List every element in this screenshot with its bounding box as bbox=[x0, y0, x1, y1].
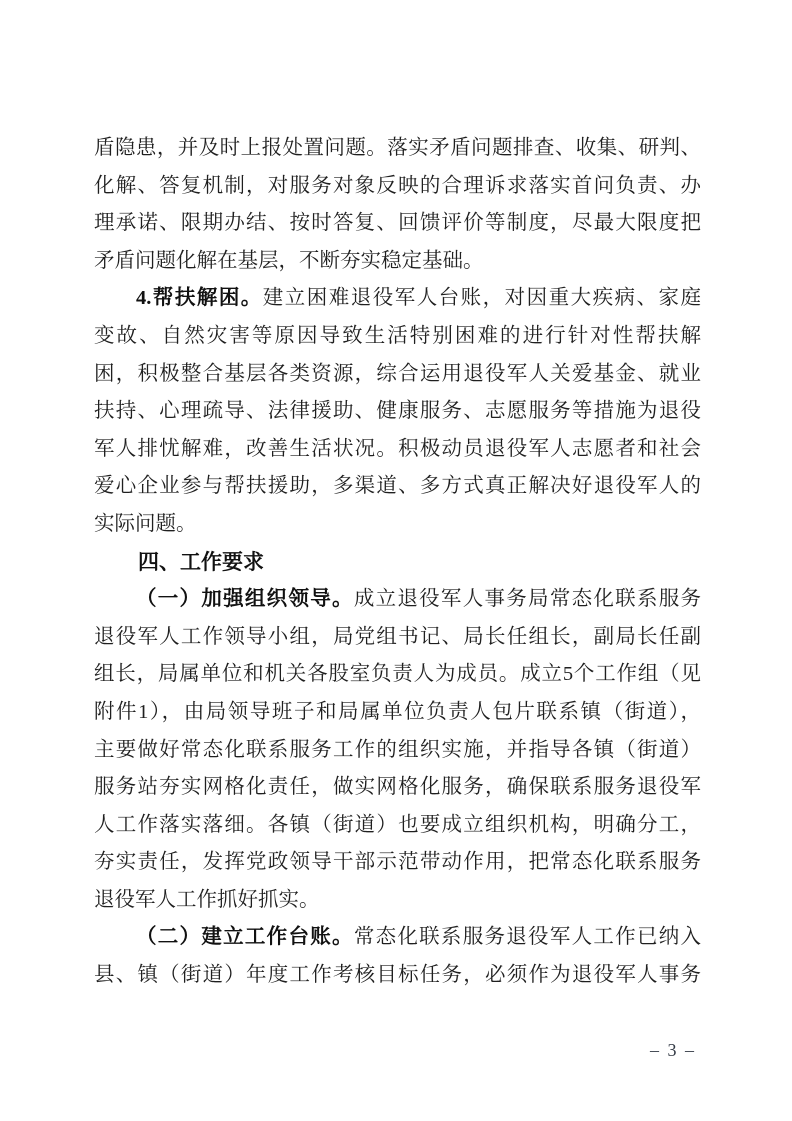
section-heading: 四、工作要求 bbox=[94, 544, 701, 582]
document-line: 矛盾问题化解在基层，不断夯实稳定基础。 bbox=[94, 243, 701, 281]
document-line: 退役军人工作领导小组，局党组书记、局长任组长，副局长任副 bbox=[94, 619, 701, 657]
paragraph-lead-bold: （一）加强组织领导。 bbox=[136, 588, 354, 610]
document-page: 盾隐患，并及时上报处置问题。落实矛盾问题排查、收集、研判、 化解、答复机制，对服… bbox=[0, 0, 792, 1121]
document-line: 人工作落实落细。各镇（街道）也要成立组织机构，明确分工， bbox=[94, 807, 701, 845]
document-line: 军人排忧解难，改善生活状况。积极动员退役军人志愿者和社会 bbox=[94, 431, 701, 469]
document-line: 附件1），由局领导班子和局属单位负责人包片联系镇（街道）， bbox=[94, 694, 701, 732]
document-line: 困，积极整合基层各类资源，综合运用退役军人关爱基金、就业 bbox=[94, 356, 701, 394]
document-line: 盾隐患，并及时上报处置问题。落实矛盾问题排查、收集、研判、 bbox=[94, 130, 701, 168]
paragraph-first-line: （一）加强组织领导。成立退役军人事务局常态化联系服务 bbox=[94, 581, 701, 619]
document-line: 县、镇（街道）年度工作考核目标任务，必须作为退役军人事务 bbox=[94, 957, 701, 995]
page-number: – 3 – bbox=[650, 1038, 696, 1062]
document-line: 爱心企业参与帮扶援助，多渠道、多方式真正解决好退役军人的 bbox=[94, 468, 701, 506]
document-line: 退役军人工作抓好抓实。 bbox=[94, 882, 701, 920]
paragraph-first-line: （二）建立工作台账。常态化联系服务退役军人工作已纳入 bbox=[94, 919, 701, 957]
document-line: 服务站夯实网格化责任，做实网格化服务，确保联系服务退役军 bbox=[94, 769, 701, 807]
document-line: 夯实责任，发挥党政领导干部示范带动作用，把常态化联系服务 bbox=[94, 844, 701, 882]
paragraph-lead-bold: （二）建立工作台账。 bbox=[136, 926, 354, 948]
paragraph-first-line: 4.帮扶解困。建立困难退役军人台账，对因重大疾病、家庭 bbox=[94, 280, 701, 318]
document-line: 扶持、心理疏导、法律援助、健康服务、志愿服务等措施为退役 bbox=[94, 393, 701, 431]
document-line: 化解、答复机制，对服务对象反映的合理诉求落实首问负责、办 bbox=[94, 168, 701, 206]
document-line: 主要做好常态化联系服务工作的组织实施，并指导各镇（街道） bbox=[94, 732, 701, 770]
line-text: 常态化联系服务退役军人工作已纳入 bbox=[354, 926, 701, 948]
line-text: 成立退役军人事务局常态化联系服务 bbox=[354, 588, 701, 610]
document-line: 理承诺、限期办结、按时答复、回馈评价等制度，尽最大限度把 bbox=[94, 205, 701, 243]
document-line: 变故、自然灾害等原因导致生活特别困难的进行针对性帮扶解 bbox=[94, 318, 701, 356]
document-body: 盾隐患，并及时上报处置问题。落实矛盾问题排查、收集、研判、 化解、答复机制，对服… bbox=[94, 130, 701, 995]
line-text: 建立困难退役军人台账，对因重大疾病、家庭 bbox=[263, 287, 701, 309]
paragraph-lead-bold: 4.帮扶解困。 bbox=[136, 287, 263, 309]
document-line: 组长，局属单位和机关各股室负责人为成员。成立5个工作组（见 bbox=[94, 656, 701, 694]
document-line: 实际问题。 bbox=[94, 506, 701, 544]
